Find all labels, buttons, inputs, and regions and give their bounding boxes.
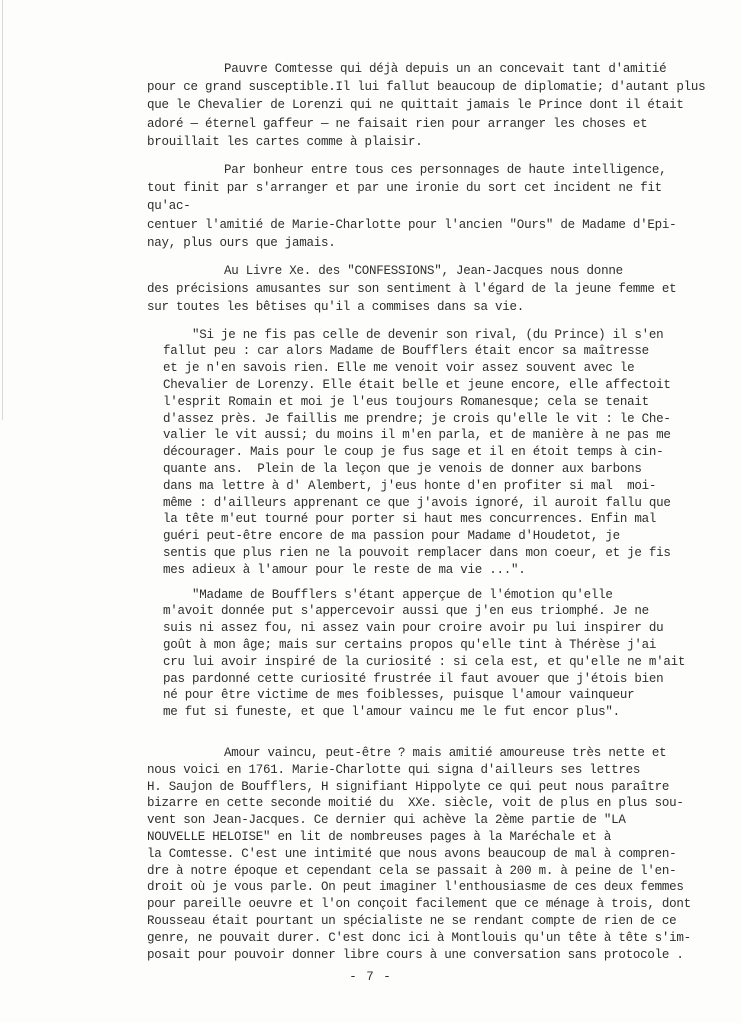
paragraph-2: Par bonheur entre tous ces personnages d… bbox=[147, 161, 709, 252]
block-quote-2: "Madame de Boufflers s'étant apperçue de… bbox=[163, 587, 708, 721]
text-block: Pauvre Comtesse qui déjà depuis un an co… bbox=[147, 60, 709, 973]
block-quote-1: "Si je ne fis pas celle de devenir son r… bbox=[163, 327, 708, 579]
paragraph-3: Au Livre Xe. des "CONFESSIONS", Jean-Jac… bbox=[147, 262, 709, 317]
page-number: - 7 - bbox=[0, 970, 741, 984]
scan-edge-artifact bbox=[2, 0, 3, 420]
paragraph-4: Amour vaincu, peut-être ? mais amitié am… bbox=[147, 745, 709, 963]
paragraph-1: Pauvre Comtesse qui déjà depuis un an co… bbox=[147, 60, 709, 151]
document-page: Pauvre Comtesse qui déjà depuis un an co… bbox=[0, 0, 741, 1023]
